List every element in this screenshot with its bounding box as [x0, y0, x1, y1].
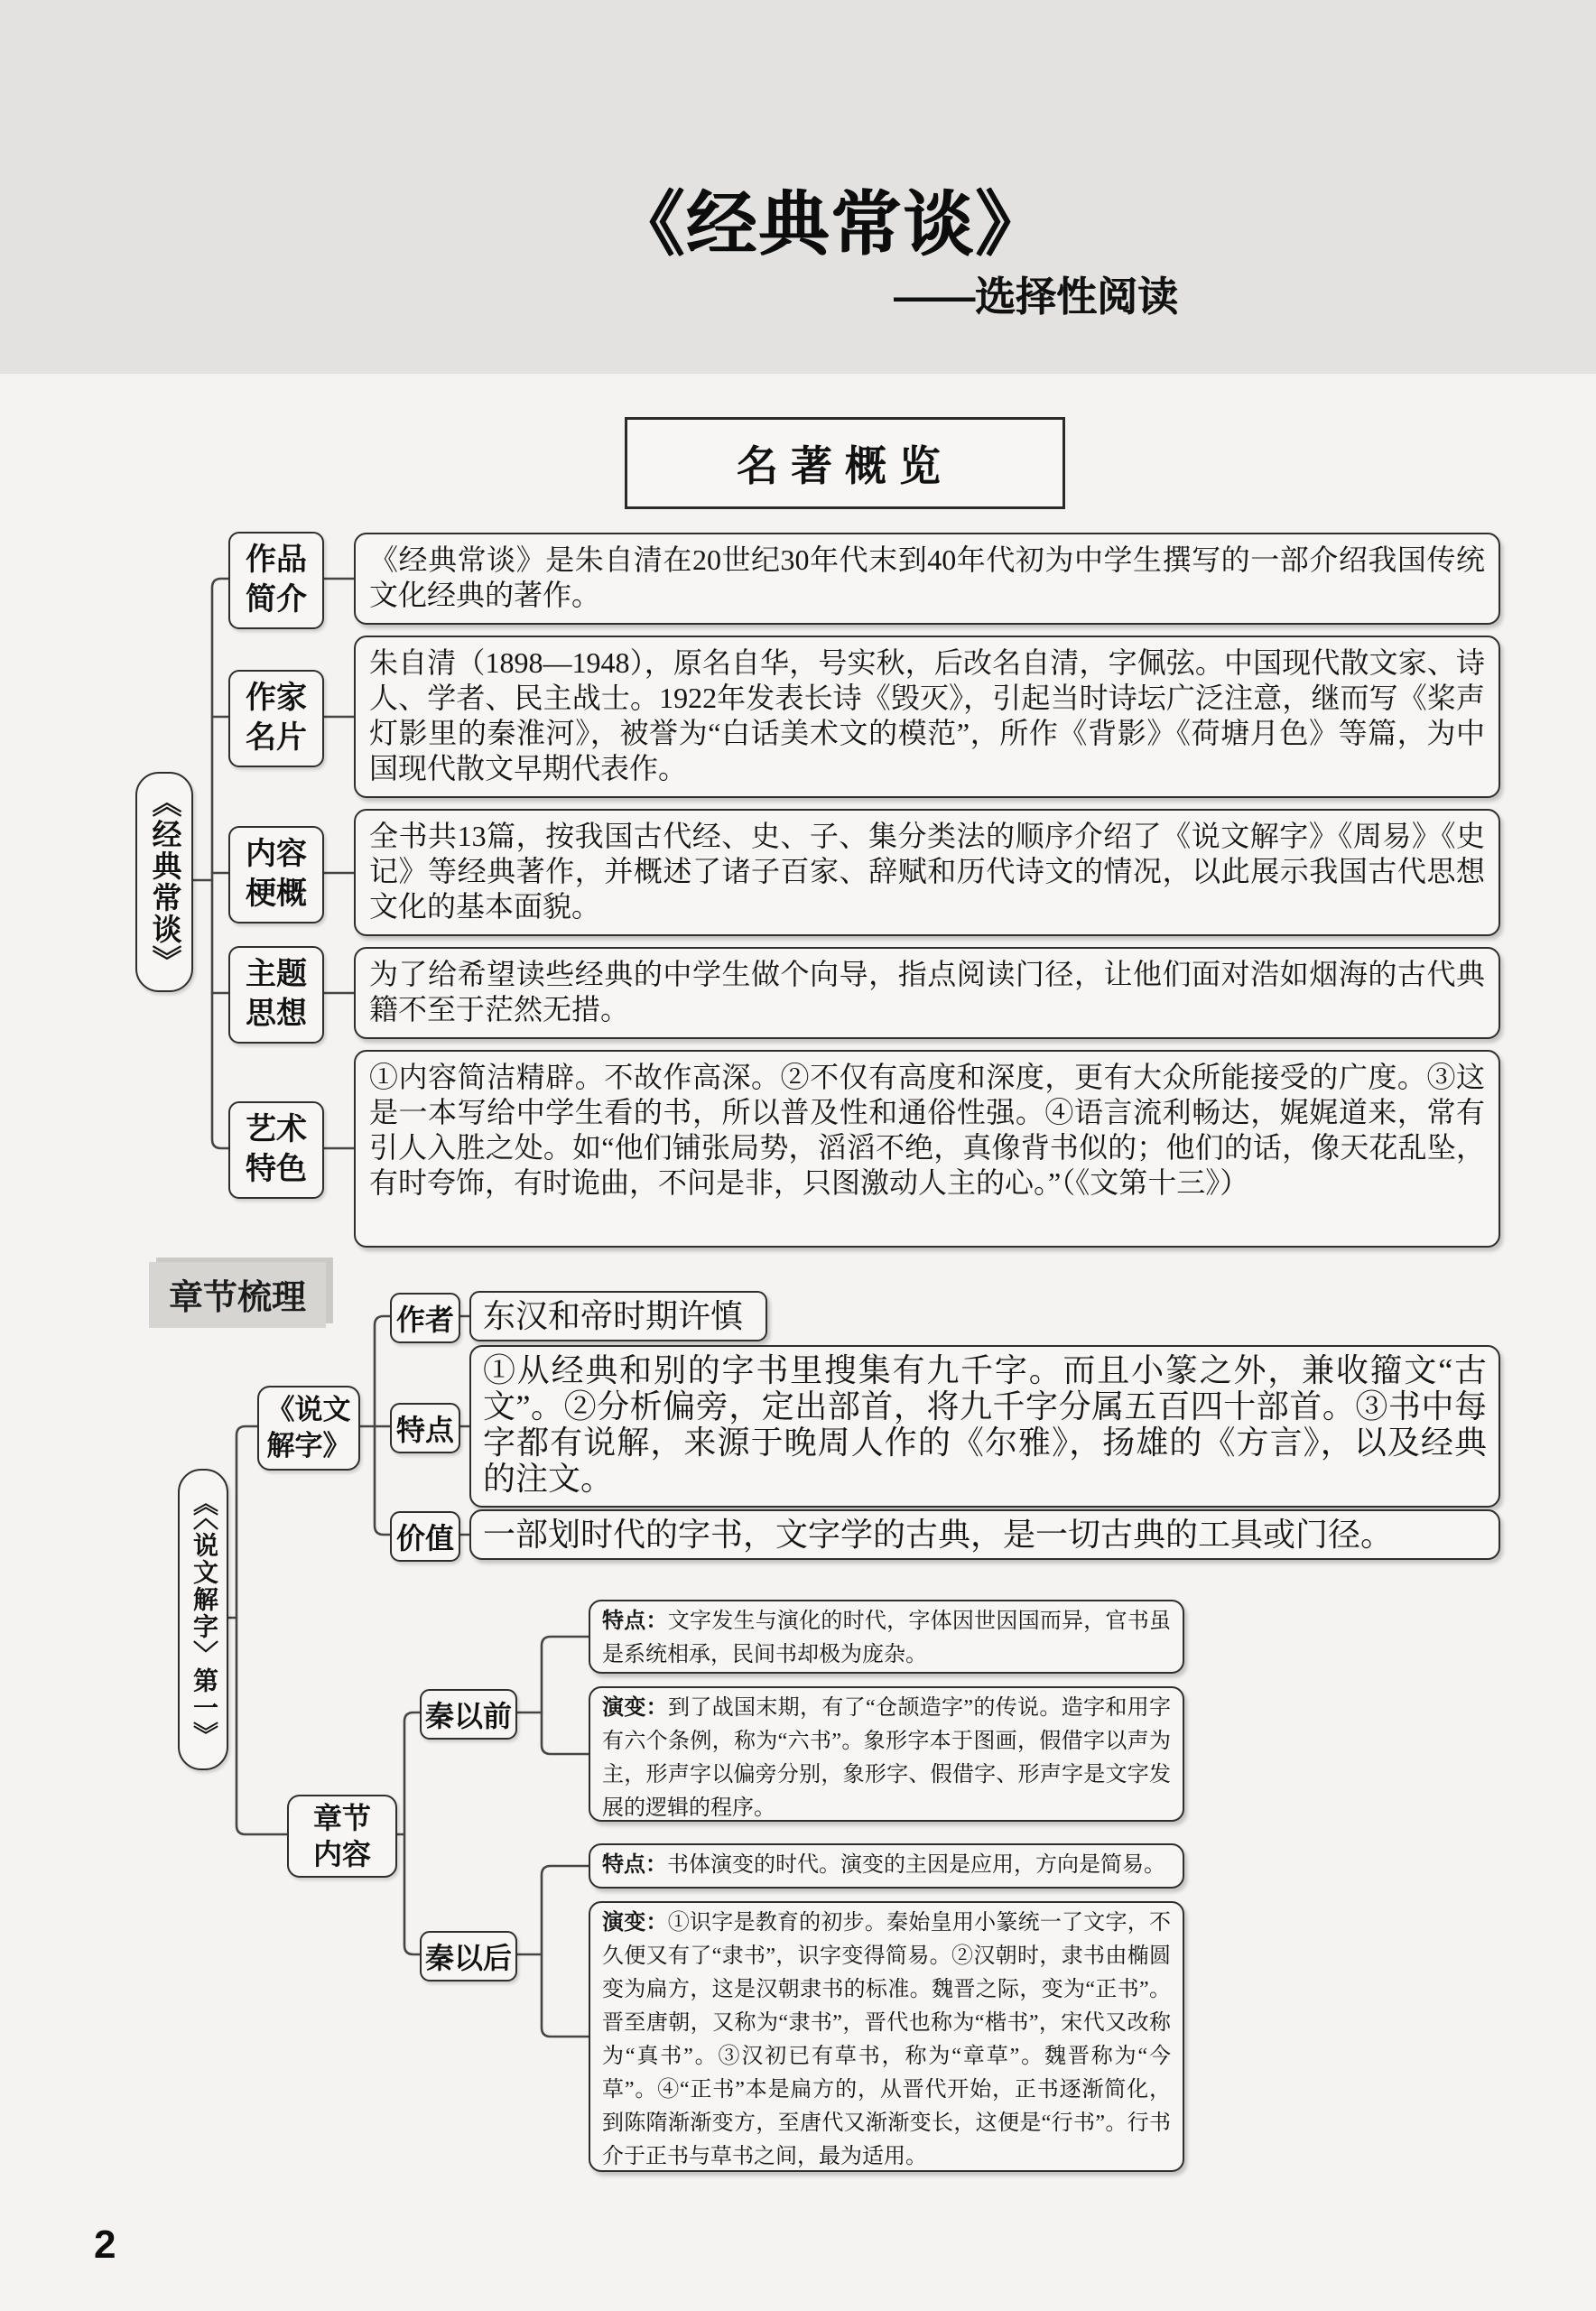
content-zuojia-mingpian: 朱自清（1898—1948），原名自华，号实秋，后改名自清，字佩弦。中国现代散文… — [354, 636, 1500, 798]
content-qinyiqian-tedian: 特点：文字发生与演化的时代，字体因世因国而异，官书虽是系统相承，民间书却极为庞杂… — [589, 1600, 1184, 1674]
tree1-root-label: 《经典常谈》 — [144, 787, 186, 977]
tree2-root-node: 《〈说文解字〉第一》 — [178, 1469, 228, 1770]
node-qin-yihou: 秦以后 — [420, 1931, 517, 1982]
content-yishu-tese: ①内容简洁精辟。不故作高深。②不仅有高度和深度，更有大众所能接受的广度。③这是一… — [354, 1050, 1500, 1248]
content-zuozhe: 东汉和帝时期许慎 — [469, 1291, 767, 1341]
branch-label-yishu-tese: 艺术特色 — [228, 1101, 324, 1199]
content-zhuti-sixiang: 为了给希望读些经典的中学生做个向导，指点阅读门径，让他们面对浩如烟海的古代典籍不… — [354, 947, 1500, 1039]
yanbian-tag: 演变： — [602, 1911, 668, 1935]
node-tedian: 特点 — [390, 1403, 460, 1453]
content-zuopin-jianjie: 《经典常谈》是朱自清在20世纪30年代末到40年代初为中学生撰写的一部介绍我国传… — [354, 533, 1500, 625]
section-title: 章节梳理 — [149, 1262, 326, 1328]
node-shuowen-jiezi: 《说文解字》 — [257, 1386, 360, 1471]
branch-label-neirong-gengai: 内容梗概 — [228, 826, 324, 923]
content-shuowen-tedian: ①从经典和别的字书里搜集有九千字。而且小篆之外，兼收籀文“古文”。②分析偏旁，定… — [469, 1345, 1500, 1508]
scanned-page: 《经典常谈》 ——选择性阅读 名著概览 — [0, 0, 1596, 2311]
node-jiazhi: 价值 — [390, 1511, 460, 1562]
node-zhangjie-neirong: 章节内容 — [287, 1795, 397, 1878]
content-neirong-gengai: 全书共13篇，按我国古代经、史、子、集分类法的顺序介绍了《说文解字》《周易》《史… — [354, 809, 1500, 936]
branch-label-zuojia-mingpian: 作家名片 — [228, 670, 324, 767]
content-qinyiqian-yanbian: 演变：到了战国末期，有了“仓颉造字”的传说。造字和用字有六个条例，称为“六书”。… — [589, 1686, 1184, 1822]
branch-label-zhuti-sixiang: 主题思想 — [228, 946, 324, 1044]
node-qin-yiqian: 秦以前 — [420, 1689, 517, 1740]
tree1-root-node: 《经典常谈》 — [135, 772, 193, 992]
tree2-root-label: 《〈说文解字〉第一》 — [185, 1490, 221, 1749]
tedian-tag: 特点： — [602, 1610, 668, 1633]
content-qinyihou-tedian: 特点：书体演变的时代。演变的主因是应用，方向是简易。 — [589, 1843, 1184, 1889]
node-zuozhe: 作者 — [390, 1293, 460, 1343]
content-jiazhi: 一部划时代的字书，文字学的古典，是一切古典的工具或门径。 — [469, 1509, 1500, 1560]
content-qinyihou-yanbian: 演变：①识字是教育的初步。秦始皇用小篆统一了文字，不久便又有了“隶书”，识字变得… — [589, 1901, 1184, 2172]
yanbian-tag: 演变： — [602, 1696, 668, 1720]
tedian-tag: 特点： — [602, 1853, 667, 1877]
branch-label-zuopin-jianjie: 作品简介 — [228, 532, 324, 629]
